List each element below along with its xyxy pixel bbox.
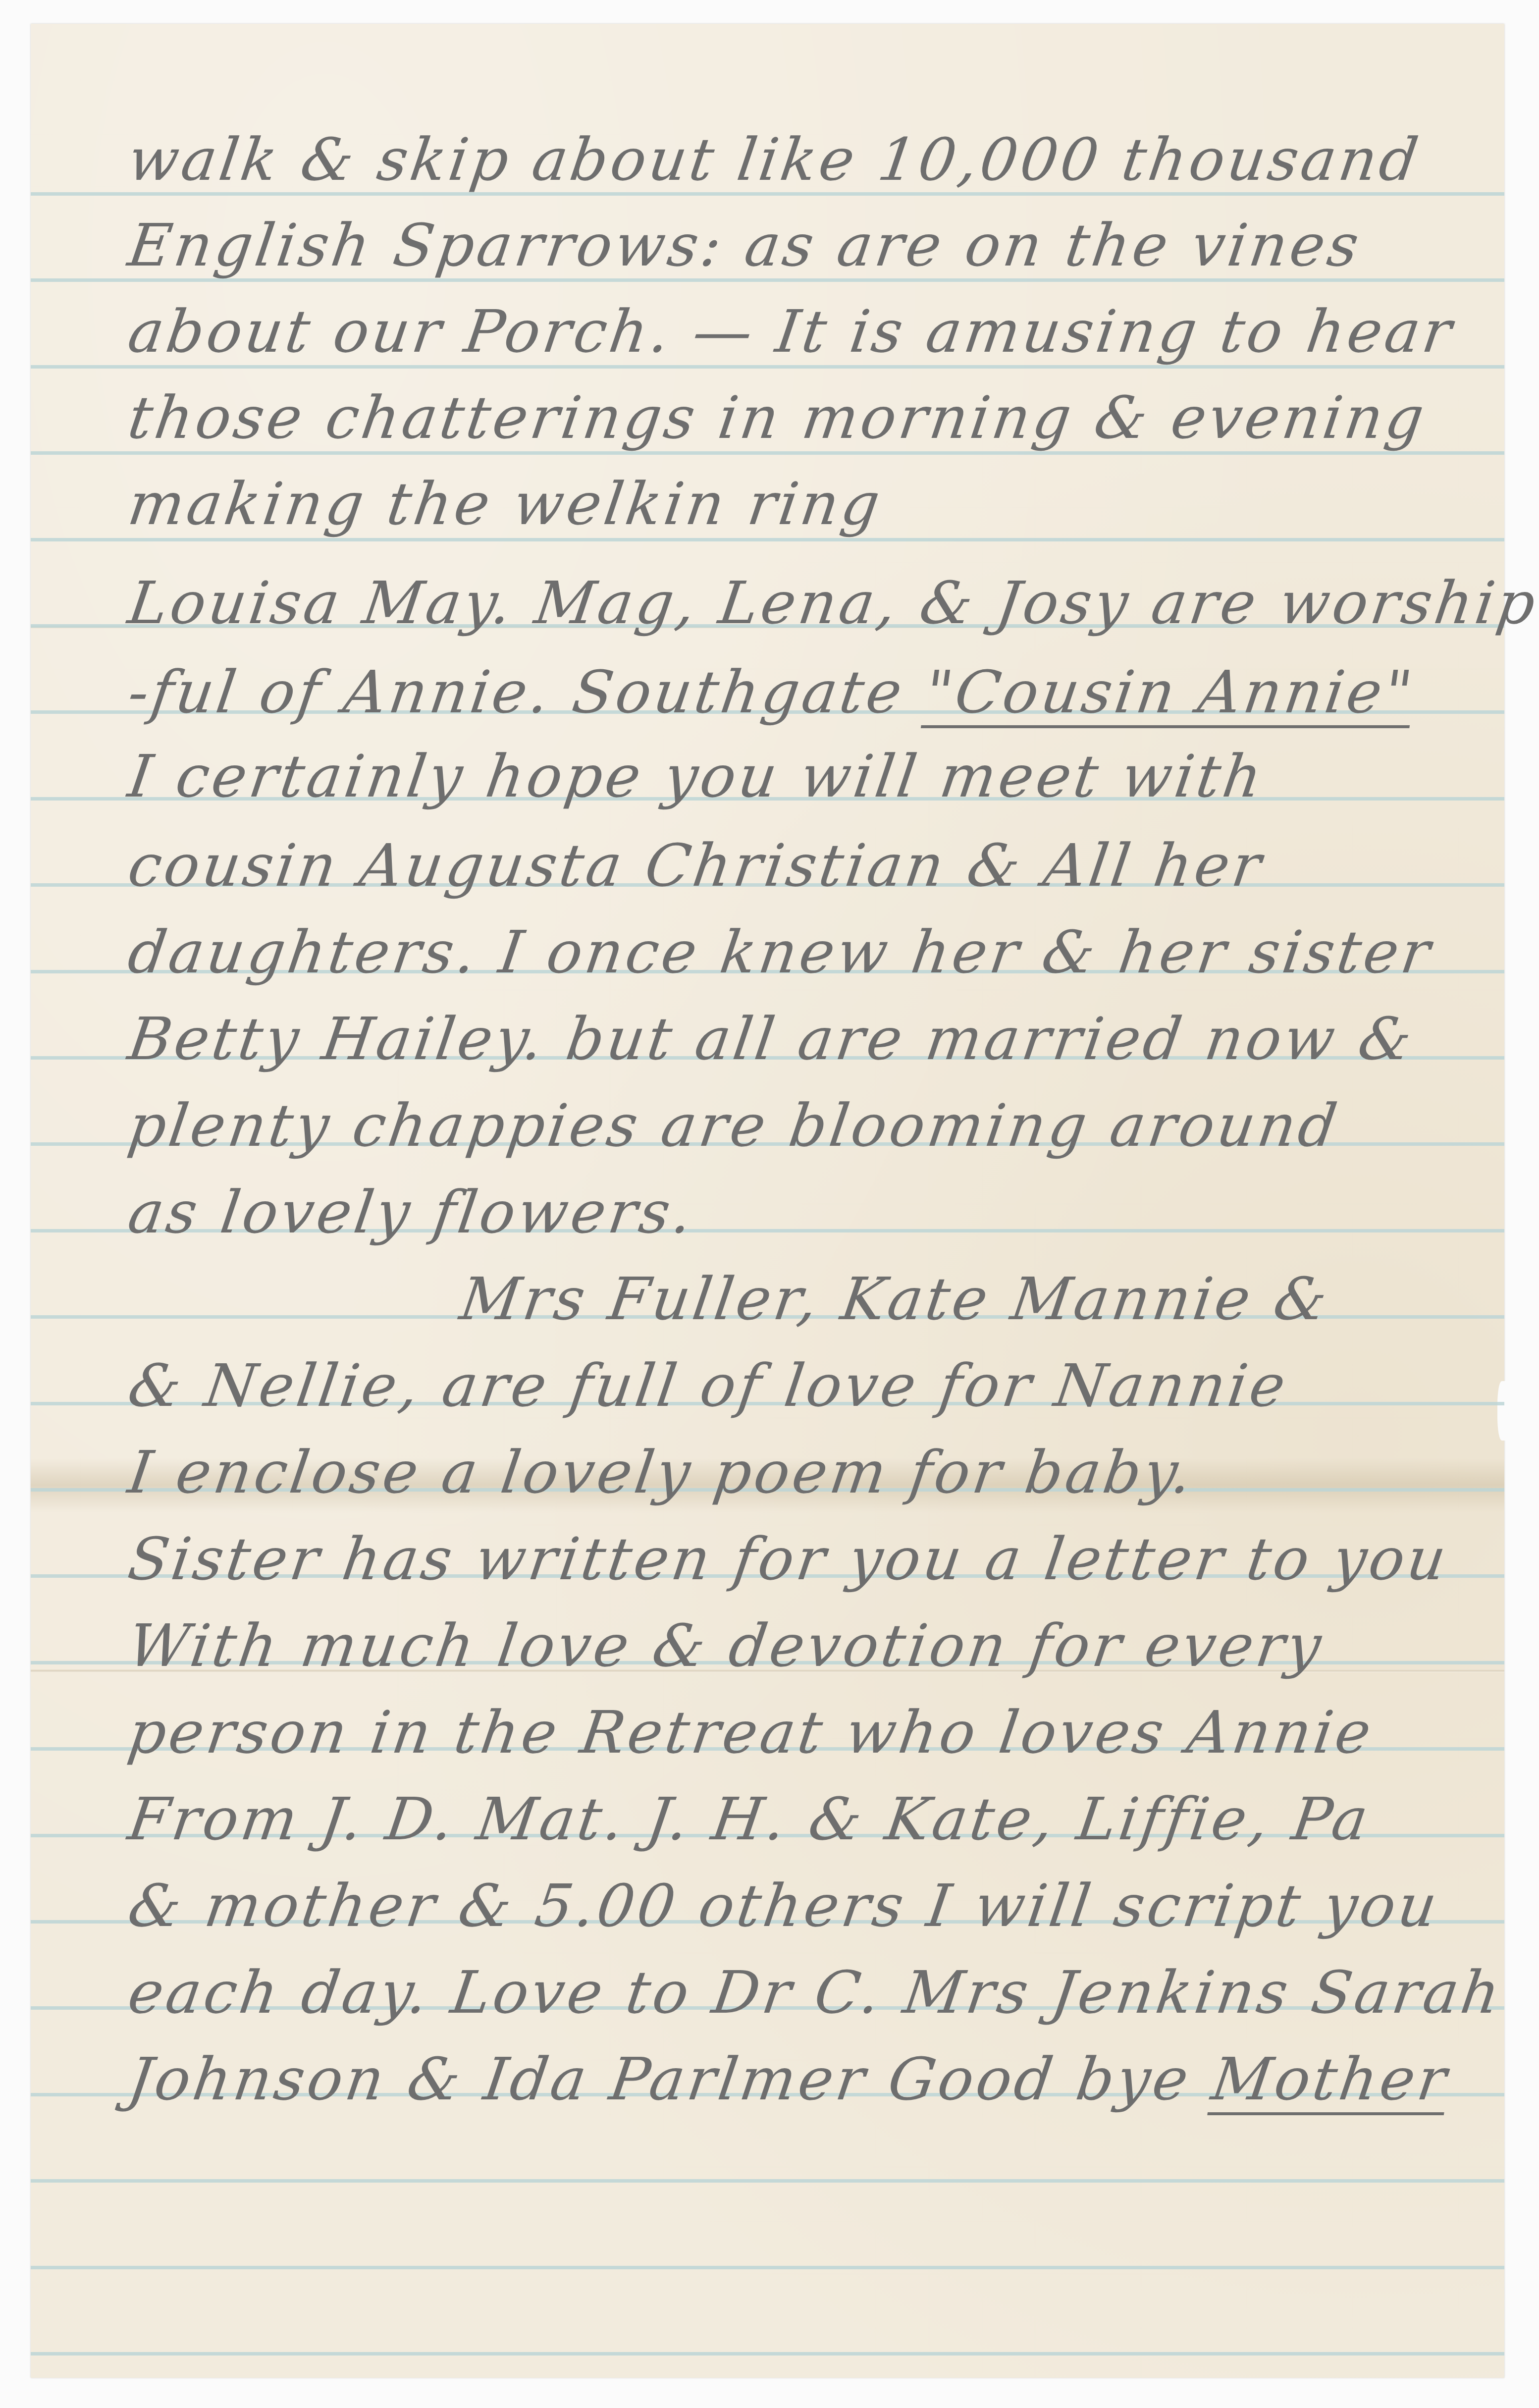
ruled-line (31, 451, 1504, 455)
handwritten-line: Betty Hailey. but all are married now & (125, 1010, 1520, 1068)
handwritten-line: plenty chappies are blooming around (125, 1096, 1520, 1155)
handwritten-line: person in the Retreat who loves Annie (125, 1703, 1520, 1762)
ruled-line (31, 2352, 1504, 2355)
handwritten-line: -ful of Annie. Southgate "Cousin Annie" (125, 663, 1520, 721)
handwritten-line: each day. Love to Dr C. Mrs Jenkins Sara… (125, 1963, 1520, 2022)
handwritten-line: walk & skip about like 10,000 thousand (125, 130, 1520, 189)
handwritten-line: Sister has written for you a letter to y… (125, 1530, 1520, 1588)
handwritten-line: cousin Augusta Christian & All her (125, 836, 1520, 895)
handwritten-line: I certainly hope you will meet with (125, 747, 1520, 805)
underlined-text: "Cousin Annie" (921, 658, 1419, 726)
handwritten-line: Johnson & Ida Parlmer Good bye Mother (125, 2050, 1520, 2108)
handwritten-line: & mother & 5.00 others I will script you (125, 1876, 1520, 1935)
handwritten-line: With much love & devotion for every (125, 1616, 1520, 1675)
handwritten-line: as lovely flowers. (125, 1183, 1520, 1241)
handwritten-line: English Sparrows: as are on the vines (125, 216, 1520, 274)
ruled-line (31, 538, 1504, 541)
handwritten-line: about our Porch. — It is amusing to hear (125, 302, 1520, 361)
handwritten-line: daughters. I once knew her & her sister (125, 923, 1520, 981)
signature: Mother (1208, 2045, 1454, 2113)
handwritten-line: I enclose a lovely poem for baby. (125, 1443, 1520, 1501)
ruled-line (31, 2179, 1504, 2183)
letter-page: walk & skip about like 10,000 thousand E… (31, 24, 1504, 2378)
handwritten-line: making the welkin ring (125, 475, 1520, 533)
handwritten-line: Louisa May. Mag, Lena, & Josy are worshi… (125, 574, 1520, 632)
ruled-line (31, 2266, 1504, 2269)
handwritten-line: From J. D. Mat. J. H. & Kate, Liffie, Pa (125, 1790, 1520, 1848)
handwritten-line: & Nellie, are full of love for Nannie (125, 1356, 1520, 1415)
handwritten-line: Mrs Fuller, Kate Mannie & (457, 1270, 1539, 1328)
handwritten-line: those chatterings in morning & evening (125, 388, 1520, 447)
